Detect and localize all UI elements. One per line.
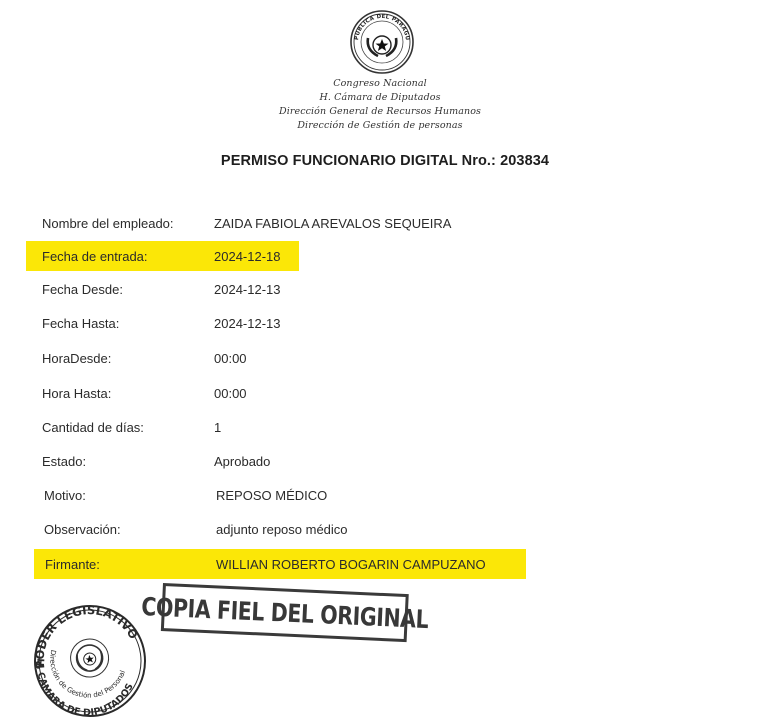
svg-text:REPUBLICA DEL PARAGUAY: REPUBLICA DEL PARAGUAY	[344, 8, 410, 41]
field-label: Fecha Hasta:	[42, 316, 119, 331]
field-value: 00:00	[214, 351, 247, 366]
field-row: Cantidad de días:1	[0, 412, 770, 442]
field-value: adjunto reposo médico	[216, 522, 348, 537]
field-label: Estado:	[42, 454, 86, 469]
field-label: Fecha Desde:	[42, 282, 123, 297]
document-title: PERMISO FUNCIONARIO DIGITAL Nro.: 203834	[0, 153, 770, 169]
field-row: Motivo:REPOSO MÉDICO	[0, 480, 770, 510]
field-row: Fecha Hasta:2024-12-13	[0, 308, 770, 338]
field-row: Fecha Desde:2024-12-13	[0, 274, 770, 304]
field-row: Estado:Aprobado	[0, 446, 770, 476]
field-value: 00:00	[214, 386, 247, 401]
field-value: 1	[214, 420, 221, 435]
field-value: Aprobado	[214, 454, 270, 469]
letterhead: Congreso Nacional H. Cámara de Diputados…	[240, 77, 520, 133]
document-title-text: PERMISO FUNCIONARIO DIGITAL Nro.: 203834	[221, 153, 549, 169]
field-value: 2024-12-18	[214, 249, 281, 264]
field-row: Nombre del empleado:ZAIDA FABIOLA AREVAL…	[0, 208, 770, 238]
letterhead-line-hr-directorate: Dirección General de Recursos Humanos	[240, 105, 520, 119]
field-row: HoraDesde:00:00	[0, 343, 770, 373]
field-value: WILLIAN ROBERTO BOGARIN CAMPUZANO	[216, 557, 486, 572]
letterhead-line-people-directorate: Dirección de Gestión de personas	[240, 119, 520, 133]
field-label: Fecha de entrada:	[42, 249, 148, 264]
field-label: Hora Hasta:	[42, 386, 111, 401]
field-value: 2024-12-13	[214, 316, 281, 331]
field-label: Observación:	[44, 522, 121, 537]
field-value: REPOSO MÉDICO	[216, 488, 327, 503]
field-label: Nombre del empleado:	[42, 216, 174, 231]
field-label: Motivo:	[44, 488, 86, 503]
letterhead-line-chamber: H. Cámara de Diputados	[240, 91, 520, 105]
coat-of-arms-seal-icon: REPUBLICA DEL PARAGUAY	[344, 8, 420, 74]
copy-stamp-text: COPIA FIEL DEL ORIGINAL	[141, 592, 429, 634]
field-row: Firmante:WILLIAN ROBERTO BOGARIN CAMPUZA…	[0, 549, 770, 579]
field-row: Hora Hasta:00:00	[0, 378, 770, 408]
field-value: ZAIDA FABIOLA AREVALOS SEQUEIRA	[214, 216, 451, 231]
field-label: HoraDesde:	[42, 351, 111, 366]
letterhead-line-congress: Congreso Nacional	[240, 77, 520, 91]
field-label: Cantidad de días:	[42, 420, 144, 435]
official-round-seal-icon: PODER LEGISLATIVO H. CAMARA DE DIPUTADOS…	[28, 603, 152, 719]
field-label: Firmante:	[45, 557, 100, 572]
field-value: 2024-12-13	[214, 282, 281, 297]
field-row: Fecha de entrada:2024-12-18	[0, 241, 770, 271]
copy-certified-stamp: COPIA FIEL DEL ORIGINAL	[161, 583, 409, 642]
field-row: Observación:adjunto reposo médico	[0, 514, 770, 544]
